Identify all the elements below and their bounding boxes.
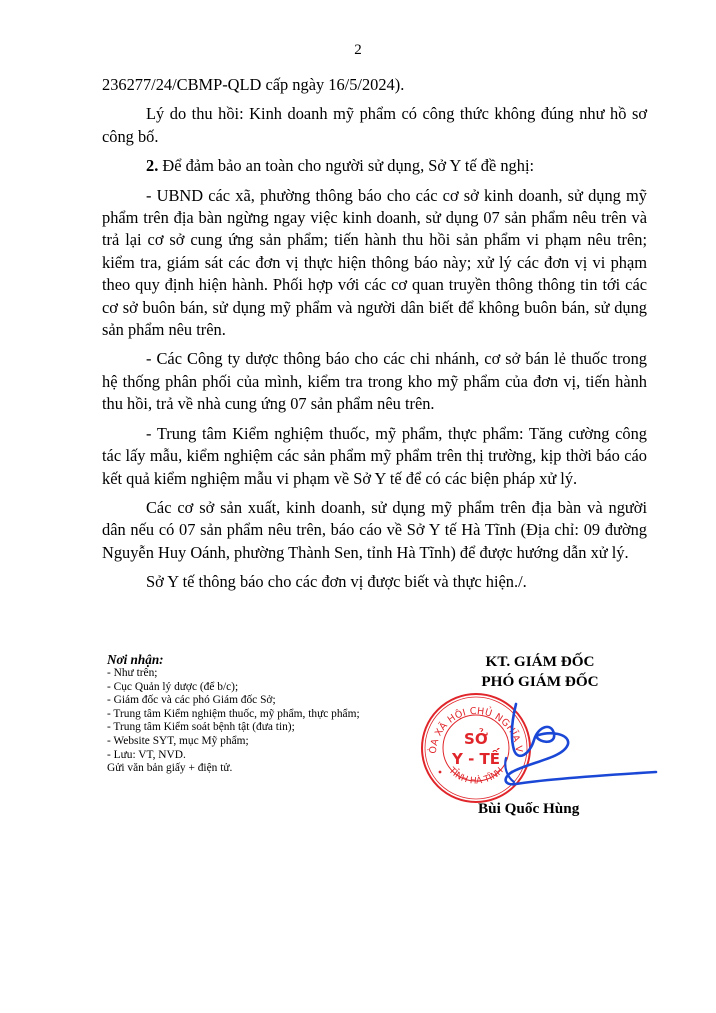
signature-icon bbox=[500, 700, 660, 790]
paragraph-section-2: 2. Để đảm bảo an toàn cho người sử dụng,… bbox=[102, 155, 647, 177]
signer-name: Bùi Quốc Hùng bbox=[478, 800, 579, 818]
recipient-item: - Như trên; bbox=[107, 667, 397, 681]
section-number: 2. bbox=[146, 156, 158, 175]
recipient-item: - Lưu: VT, NVD. bbox=[107, 749, 397, 763]
paragraph-ubnd: - UBND các xã, phường thông báo cho các … bbox=[102, 185, 647, 342]
recipient-item: - Website SYT, mục Mỹ phẩm; bbox=[107, 735, 397, 749]
signer-block: KT. GIÁM ĐỐC PHÓ GIÁM ĐỐC bbox=[420, 652, 650, 692]
paragraph-establishments: Các cơ sở sản xuất, kinh doanh, sử dụng … bbox=[102, 497, 647, 564]
recipients-heading: Nơi nhận: bbox=[107, 652, 397, 667]
paragraph-recall-reason: Lý do thu hồi: Kinh doanh mỹ phẩm có côn… bbox=[102, 103, 647, 148]
document-body: 236277/24/CBMP-QLD cấp ngày 16/5/2024). … bbox=[102, 74, 647, 601]
page-number: 2 bbox=[0, 42, 716, 59]
section-2-text: Để đảm bảo an toàn cho người sử dụng, Sở… bbox=[158, 156, 534, 175]
paragraph-pharma-companies: - Các Công ty dược thông báo cho các chi… bbox=[102, 348, 647, 415]
svg-text:TỈNH HÀ TĨNH: TỈNH HÀ TĨNH bbox=[446, 765, 506, 786]
paragraph-closing: Sở Y tế thông báo cho các đơn vị được bi… bbox=[102, 571, 647, 593]
recipient-item: - Cục Quản lý dược (để b/c); bbox=[107, 681, 397, 695]
signer-title-line1: KT. GIÁM ĐỐC bbox=[430, 652, 650, 672]
recipient-item: - Trung tâm Kiểm soát bệnh tật (đưa tin)… bbox=[107, 721, 397, 735]
paragraph-testing-center: - Trung tâm Kiểm nghiệm thuốc, mỹ phẩm, … bbox=[102, 423, 647, 490]
recipient-item: Gửi văn bản giấy + điện tử. bbox=[107, 762, 397, 776]
svg-text:Y - TẾ: Y - TẾ bbox=[451, 747, 501, 768]
paragraph-continuation: 236277/24/CBMP-QLD cấp ngày 16/5/2024). bbox=[102, 74, 647, 96]
svg-text:SỞ: SỞ bbox=[464, 727, 488, 748]
recipient-item: - Trung tâm Kiểm nghiệm thuốc, mỹ phẩm, … bbox=[107, 708, 397, 722]
signer-title-line2: PHÓ GIÁM ĐỐC bbox=[430, 672, 650, 692]
recipient-item: - Giám đốc và các phó Giám đốc Sở; bbox=[107, 694, 397, 708]
recipients-block: Nơi nhận: - Như trên; - Cục Quản lý dược… bbox=[107, 652, 397, 776]
